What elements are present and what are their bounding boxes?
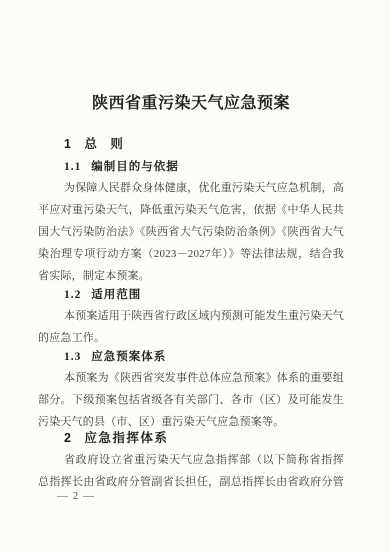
section-1-heading: 1 总 则 — [64, 135, 344, 153]
paragraph-plan-system: 本预案为《陕西省突发事件总体应急预案》体系的重要组成部分。下级预案包括省级各有关… — [38, 367, 344, 433]
text-line: 为保障人民群众身体健康，优化重污染天气应急机制，高水 — [38, 177, 344, 199]
text-line: 染治理专项行动方案（2023－2027年）》等法律法规，结合我 — [38, 243, 344, 265]
text-line: 国大气污染防治法》《陕西省大气污染防治条例》《陕西省大气污 — [38, 221, 344, 243]
section-1-2-heading: 1.2 适用范围 — [64, 287, 344, 303]
paragraph-scope: 本预案适用于陕西省行政区域内预测可能发生重污染天气时的应急工作。 — [38, 305, 344, 349]
section-1-3-heading: 1.3 应急预案体系 — [64, 349, 344, 365]
paragraph-command-system: 省政府设立省重污染天气应急指挥部（以下简称省指挥部），总指挥长由省政府分管副省长… — [38, 449, 344, 493]
text-line: 平应对重污染天气，降低重污染天气危害，依据《中华人民共和 — [38, 199, 344, 221]
text-line: 的应急工作。 — [38, 327, 344, 349]
text-line: 本预案适用于陕西省行政区域内预测可能发生重污染天气时 — [38, 305, 344, 327]
text-line: 省政府设立省重污染天气应急指挥部（以下简称省指挥部）， — [38, 449, 344, 471]
page-number: — 2 — — [57, 490, 95, 502]
section-1-1-heading: 1.1 编制目的与依据 — [64, 159, 344, 175]
document-page: 陕西省重污染天气应急预案 1 总 则1.1 编制目的与依据为保障人民群众身体健康… — [0, 0, 390, 551]
document-title: 陕西省重污染天气应急预案 — [38, 94, 344, 114]
text-line: 本预案为《陕西省突发事件总体应急预案》体系的重要组成 — [38, 367, 344, 389]
text-line: 部分。下级预案包括省级各有关部门、各市（区）及可能发生重 — [38, 389, 344, 411]
text-line: 省实际，制定本预案。 — [38, 265, 344, 287]
paragraph-purpose-and-basis: 为保障人民群众身体健康，优化重污染天气应急机制，高水平应对重污染天气，降低重污染… — [38, 177, 344, 287]
document-body: 1 总 则1.1 编制目的与依据为保障人民群众身体健康，优化重污染天气应急机制，… — [38, 135, 344, 493]
